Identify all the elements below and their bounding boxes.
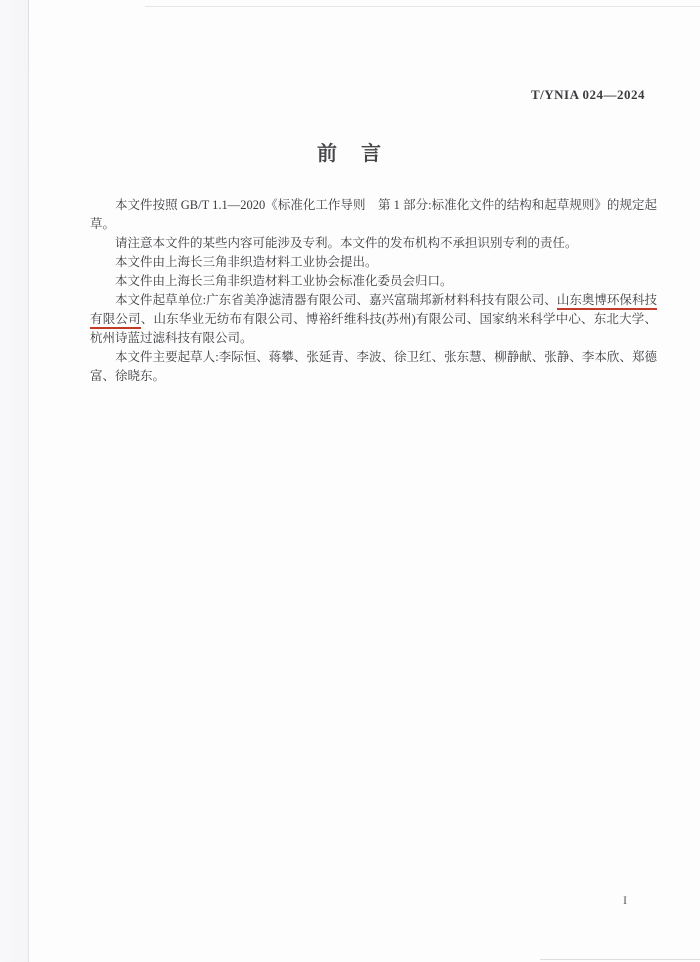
paragraph-drafting-organizations: 本文件起草单位:广东省美净滤清器有限公司、嘉兴富瑞邦新材料科技有限公司、山东奥博… (90, 291, 657, 348)
paragraph-main-drafters: 本文件主要起草人:李际恒、蒋攀、张延青、李波、徐卫红、张东慧、柳静献、张静、李本… (90, 348, 657, 386)
foreword-title: 前 言 (0, 137, 700, 166)
page-number: I (615, 895, 635, 907)
drafting-organizations-text-continued: 、山东华业无纺布有限公司、博裕纤维科技(苏州)有限公司、国家纳米科学中心、东北大… (90, 312, 657, 345)
paragraph-drafting-rules: 本文件按照 GB/T 1.1—2020《标准化工作导则 第 1 部分:标准化文件… (90, 196, 657, 234)
paragraph-centralized-by: 本文件由上海长三角非织造材料工业协会标准化委员会归口。 (90, 272, 657, 291)
standard-number-header: T/YNIA 024—2024 (531, 87, 645, 103)
scanned-standard-document-page: T/YNIA 024—2024 前 言 本文件按照 GB/T 1.1—2020《… (0, 0, 700, 962)
scan-top-page-edge (145, 6, 700, 7)
drafting-organizations-text: 本文件起草单位:广东省美净滤清器有限公司、嘉兴富瑞邦新材料科技有限公司、 (115, 293, 557, 307)
paragraph-patent-notice: 请注意本文件的某些内容可能涉及专利。本文件的发布机构不承担识别专利的责任。 (90, 234, 657, 253)
foreword-body: 本文件按照 GB/T 1.1—2020《标准化工作导则 第 1 部分:标准化文件… (90, 196, 657, 386)
paragraph-proposed-by: 本文件由上海长三角非织造材料工业协会提出。 (90, 253, 657, 272)
scan-bottom-page-edge (540, 959, 700, 960)
